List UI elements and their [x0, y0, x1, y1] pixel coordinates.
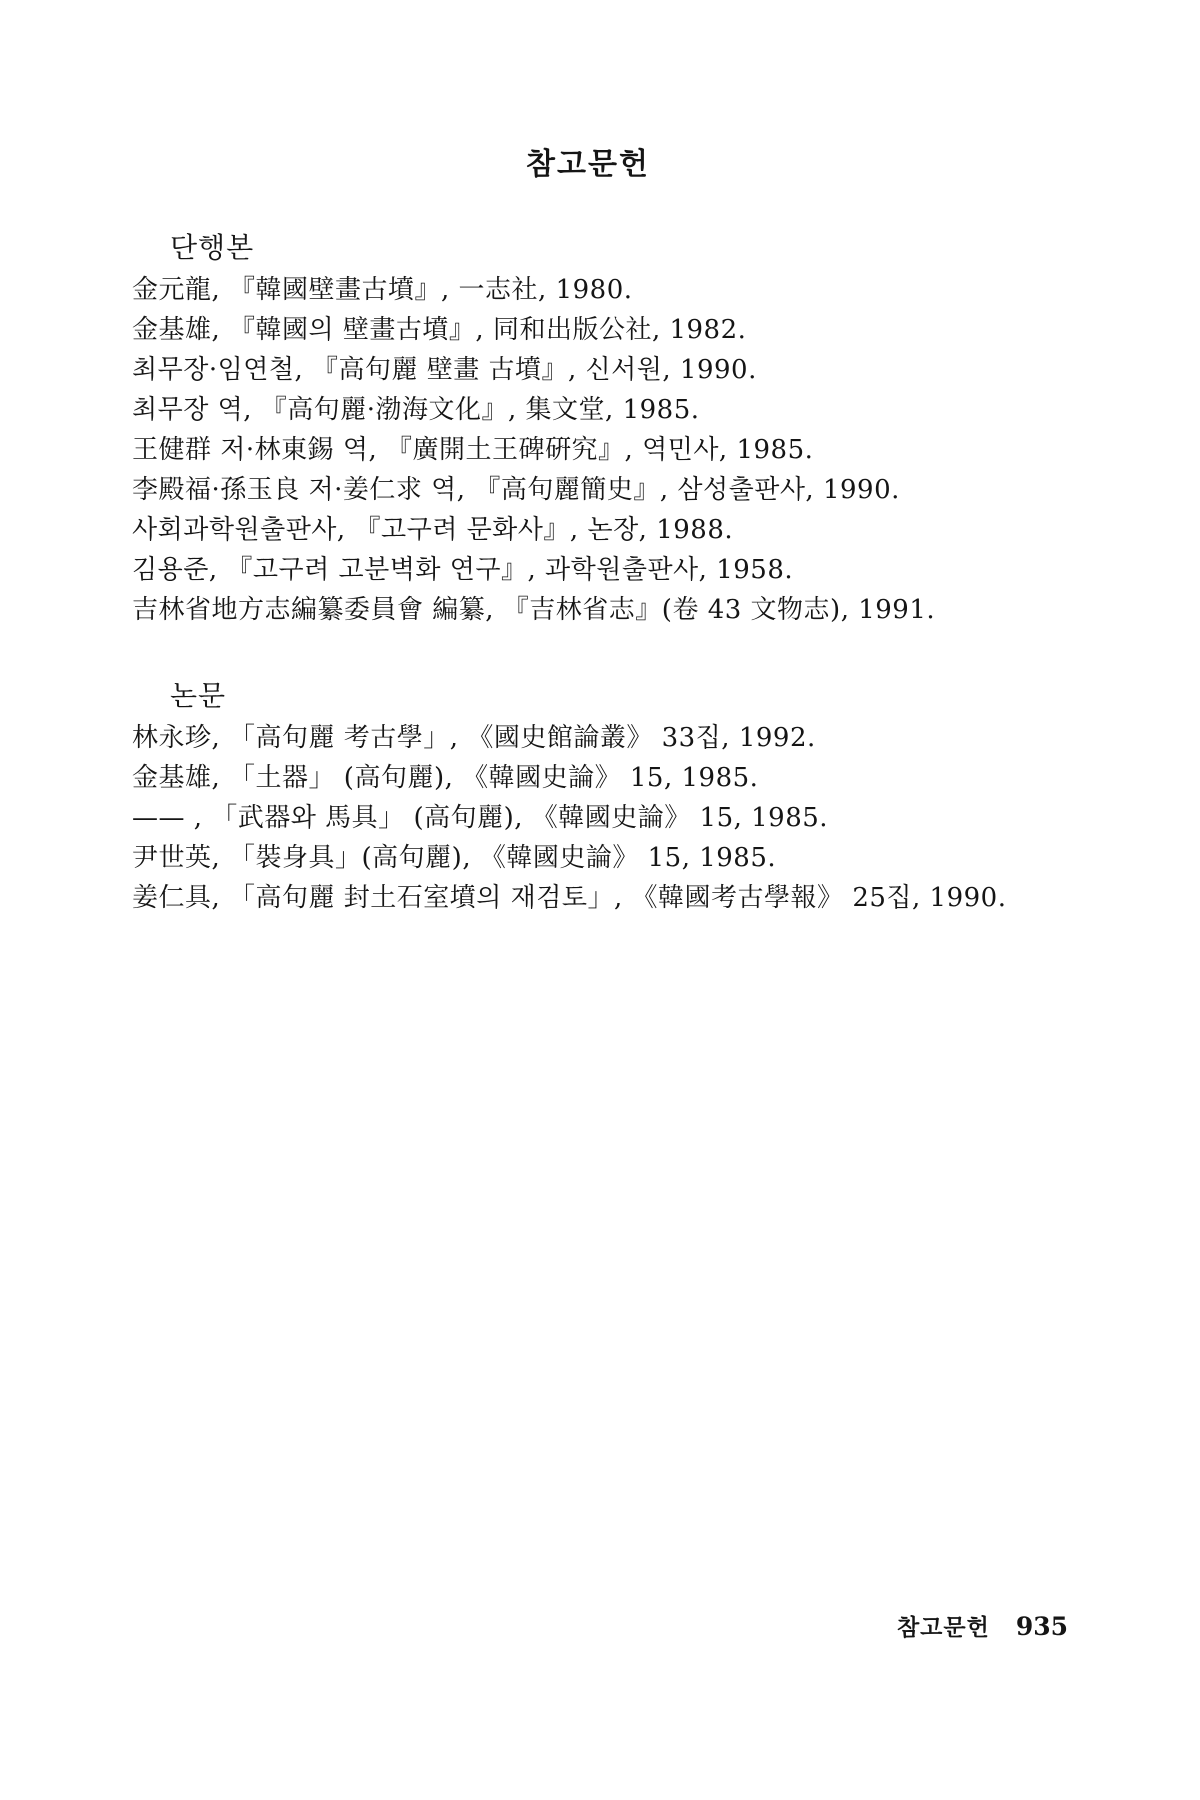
reference-entry: 姜仁具, 「高句麗 封土石室墳의 재검토」, 《韓國考古學報》 25집, 199…: [132, 878, 1080, 918]
reference-entry: 최무장·임연철, 『高句麗 壁畫 古墳』, 신서원, 1990.: [132, 350, 1080, 390]
footer-page-number: 935: [1016, 1612, 1068, 1641]
reference-entry: 吉林省地方志編纂委員會 編纂, 『吉林省志』(卷 43 文物志), 1991.: [132, 590, 1080, 630]
section-heading-monographs: 단행본: [170, 228, 1080, 268]
page-title: 참고문헌: [114, 146, 1062, 184]
reference-entry: 尹世英, 「裝身具」(高句麗), 《韓國史論》 15, 1985.: [132, 838, 1080, 878]
reference-entry: 사회과학원출판사, 『고구려 문화사』, 논장, 1988.: [132, 510, 1080, 550]
reference-entry: —— , 「武器와 馬具」 (高句麗), 《韓國史論》 15, 1985.: [132, 798, 1080, 838]
page-footer: 참고문헌 935: [897, 1609, 1068, 1642]
section-heading-papers: 논문: [170, 676, 1080, 716]
reference-entry: 李殿福·孫玉良 저·姜仁求 역, 『高句麗簡史』, 삼성출판사, 1990.: [132, 470, 1080, 510]
reference-entry: 金基雄, 「土器」 (高句麗), 《韓國史論》 15, 1985.: [132, 758, 1080, 798]
reference-entry: 林永珍, 「高句麗 考古學」, 《國史館論叢》 33집, 1992.: [132, 718, 1080, 758]
reference-entry: 김용준, 『고구려 고분벽화 연구』, 과학원출판사, 1958.: [132, 550, 1080, 590]
page-content: 참고문헌 단행본 金元龍, 『韓國壁畫古墳』, 一志社, 1980. 金基雄, …: [0, 0, 1200, 918]
document-page: 참고문헌 단행본 金元龍, 『韓國壁畫古墳』, 一志社, 1980. 金基雄, …: [0, 0, 1200, 1800]
reference-entry: 王健群 저·林東錫 역, 『廣開土王碑硏究』, 역민사, 1985.: [132, 430, 1080, 470]
section-monographs: 단행본 金元龍, 『韓國壁畫古墳』, 一志社, 1980. 金基雄, 『韓國의 …: [132, 228, 1080, 630]
footer-section-label: 참고문헌: [897, 1609, 990, 1642]
reference-entry: 金元龍, 『韓國壁畫古墳』, 一志社, 1980.: [132, 270, 1080, 310]
reference-entry: 金基雄, 『韓國의 壁畫古墳』, 同和出版公社, 1982.: [132, 310, 1080, 350]
section-papers: 논문 林永珍, 「高句麗 考古學」, 《國史館論叢》 33집, 1992. 金基…: [132, 676, 1080, 918]
reference-entry: 최무장 역, 『高句麗·渤海文化』, 集文堂, 1985.: [132, 390, 1080, 430]
